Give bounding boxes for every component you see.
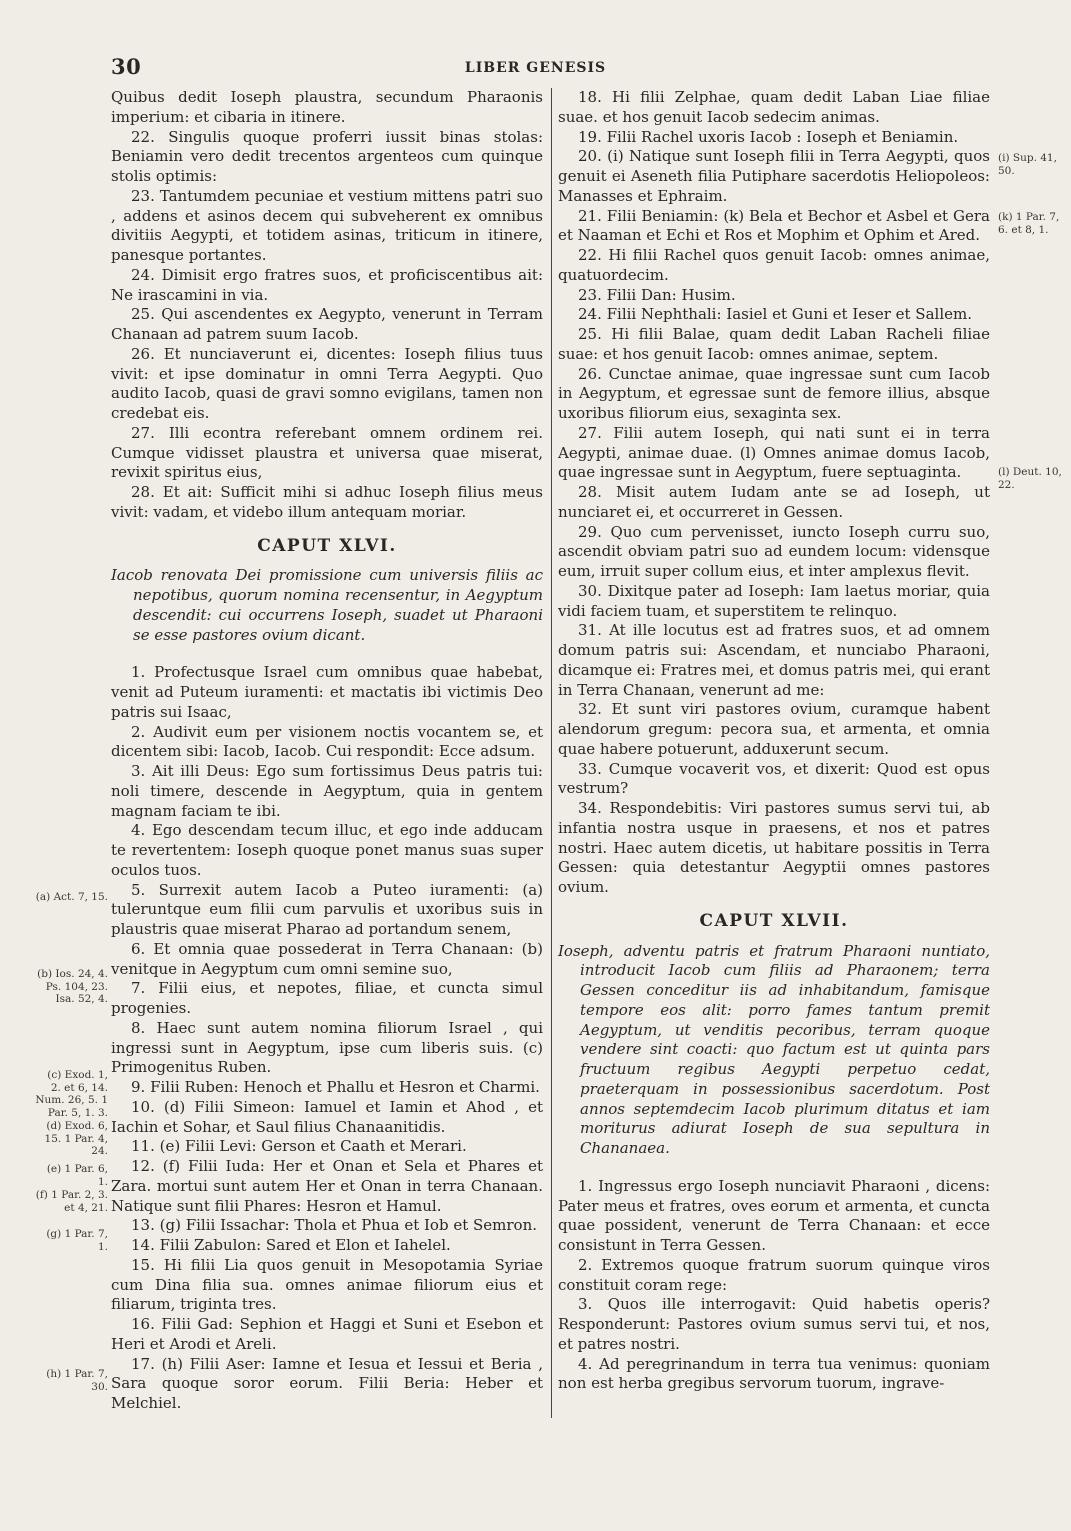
margin-note: (c) Exod. 1, 2. et 6, 14. Num. 26, 5. 1 … (34, 1069, 108, 1119)
verse: 18. Hi filii Zelphae, quam dedit Laban L… (558, 88, 990, 128)
verse: 2. Extremos quoque fratrum suorum quinqu… (558, 1256, 990, 1296)
chapter-heading: CAPUT XLVII. (558, 912, 990, 932)
margin-note: (l) Deut. 10, 22. (998, 466, 1070, 491)
margin-note: (d) Exod. 6, 15. 1 Par. 4, 24. (34, 1120, 108, 1158)
margin-note: (g) 1 Par. 7, 1. (34, 1228, 108, 1253)
column-rule (551, 88, 552, 1418)
verse: 1. Profectusque Israel cum omnibus quae … (111, 663, 543, 722)
verse: 21. Filii Beniamin: (k) Bela et Bechor e… (558, 207, 990, 247)
verse: 4. Ad peregrinandum in terra tua venimus… (558, 1355, 990, 1395)
margin-note: (k) 1 Par. 7, 6. et 8, 1. (998, 211, 1070, 236)
verse: 27. Filii autem Ioseph, qui nati sunt ei… (558, 424, 990, 483)
chapter-heading: CAPUT XLVI. (111, 537, 543, 557)
verse: 30. Dixitque pater ad Ioseph: Iam laetus… (558, 582, 990, 622)
verse: 27. Illi econtra referebant omnem ordine… (111, 424, 543, 483)
verse: 26. Et nunciaverunt ei, dicentes: Ioseph… (111, 345, 543, 424)
chapter-summary: Iacob renovata Dei promissione cum unive… (111, 566, 543, 645)
verse: 31. At ille locutus est ad fratres suos,… (558, 621, 990, 700)
verse: 24. Dimisit ergo fratres suos, et profic… (111, 266, 543, 306)
verse: 1. Ingressus ergo Ioseph nunciavit Phara… (558, 1177, 990, 1256)
book-page: 30 LIBER GENESIS Quibus dedit Ioseph pla… (0, 0, 1071, 1531)
verse: 22. Singulis quoque proferri iussit bina… (111, 128, 543, 187)
verse: 25. Hi filii Balae, quam dedit Laban Rac… (558, 325, 990, 365)
verse: 28. Misit autem Iudam ante se ad Ioseph,… (558, 483, 990, 523)
verse: 9. Filii Ruben: Henoch et Phallu et Hesr… (111, 1078, 543, 1098)
verse: 4. Ego descendam tecum illuc, et ego ind… (111, 821, 543, 880)
right-column: 18. Hi filii Zelphae, quam dedit Laban L… (558, 88, 990, 1394)
verse: 29. Quo cum pervenisset, iuncto Ioseph c… (558, 523, 990, 582)
verse: 3. Ait illi Deus: Ego sum fortissimus De… (111, 762, 543, 821)
verse: 19. Filii Rachel uxoris Iacob : Ioseph e… (558, 128, 990, 148)
verse: 17. (h) Filii Aser: Iamne et Iesua et Ie… (111, 1355, 543, 1414)
paragraph: Quibus dedit Ioseph plaustra, secundum P… (111, 88, 543, 128)
margin-note: (h) 1 Par. 7, 30. (34, 1368, 108, 1393)
verse: 23. Tantumdem pecuniae et vestium mitten… (111, 187, 543, 266)
left-column: Quibus dedit Ioseph plaustra, secundum P… (111, 88, 543, 1414)
running-title: LIBER GENESIS (0, 60, 1071, 76)
verse: 8. Haec sunt autem nomina filiorum Israe… (111, 1019, 543, 1078)
margin-note: (a) Act. 7, 15. (34, 891, 108, 904)
verse: 7. Filii eius, et nepotes, filiae, et cu… (111, 979, 543, 1019)
margin-note: (e) 1 Par. 6, 1. (34, 1163, 108, 1188)
verse: 32. Et sunt viri pastores ovium, curamqu… (558, 700, 990, 759)
verse: 2. Audivit eum per visionem noctis vocan… (111, 723, 543, 763)
margin-note: (b) Ios. 24, 4. Ps. 104, 23. Isa. 52, 4. (34, 968, 108, 1006)
verse: 14. Filii Zabulon: Sared et Elon et Iahe… (111, 1236, 543, 1256)
verse: 23. Filii Dan: Husim. (558, 286, 990, 306)
verse: 24. Filii Nephthali: Iasiel et Guni et I… (558, 305, 990, 325)
verse: 6. Et omnia quae possederat in Terra Cha… (111, 940, 543, 980)
margin-note: (f) 1 Par. 2, 3. et 4, 21. (34, 1189, 108, 1214)
chapter-summary: Ioseph, adventu patris et fratrum Pharao… (558, 942, 990, 1159)
verse: 12. (f) Filii Iuda: Her et Onan et Sela … (111, 1157, 543, 1216)
verse: 5. Surrexit autem Iacob a Puteo iurament… (111, 881, 543, 940)
verse: 13. (g) Filii Issachar: Thola et Phua et… (111, 1216, 543, 1236)
verse: 3. Quos ille interrogavit: Quid habetis … (558, 1295, 990, 1354)
verse: 25. Qui ascendentes ex Aegypto, venerunt… (111, 305, 543, 345)
verse: 34. Respondebitis: Viri pastores sumus s… (558, 799, 990, 898)
verse: 22. Hi filii Rachel quos genuit Iacob: o… (558, 246, 990, 286)
verse: 33. Cumque vocaverit vos, et dixerit: Qu… (558, 760, 990, 800)
verse: 15. Hi filii Lia quos genuit in Mesopota… (111, 1256, 543, 1315)
verse: 16. Filii Gad: Sephion et Haggi et Suni … (111, 1315, 543, 1355)
margin-note: (i) Sup. 41, 50. (998, 152, 1070, 177)
verse: 11. (e) Filii Levi: Gerson et Caath et M… (111, 1137, 543, 1157)
verse: 28. Et ait: Sufficit mihi si adhuc Iosep… (111, 483, 543, 523)
verse: 10. (d) Filii Simeon: Iamuel et Iamin et… (111, 1098, 543, 1138)
verse: 20. (i) Natique sunt Ioseph filii in Ter… (558, 147, 990, 206)
verse: 26. Cunctae animae, quae ingressae sunt … (558, 365, 990, 424)
